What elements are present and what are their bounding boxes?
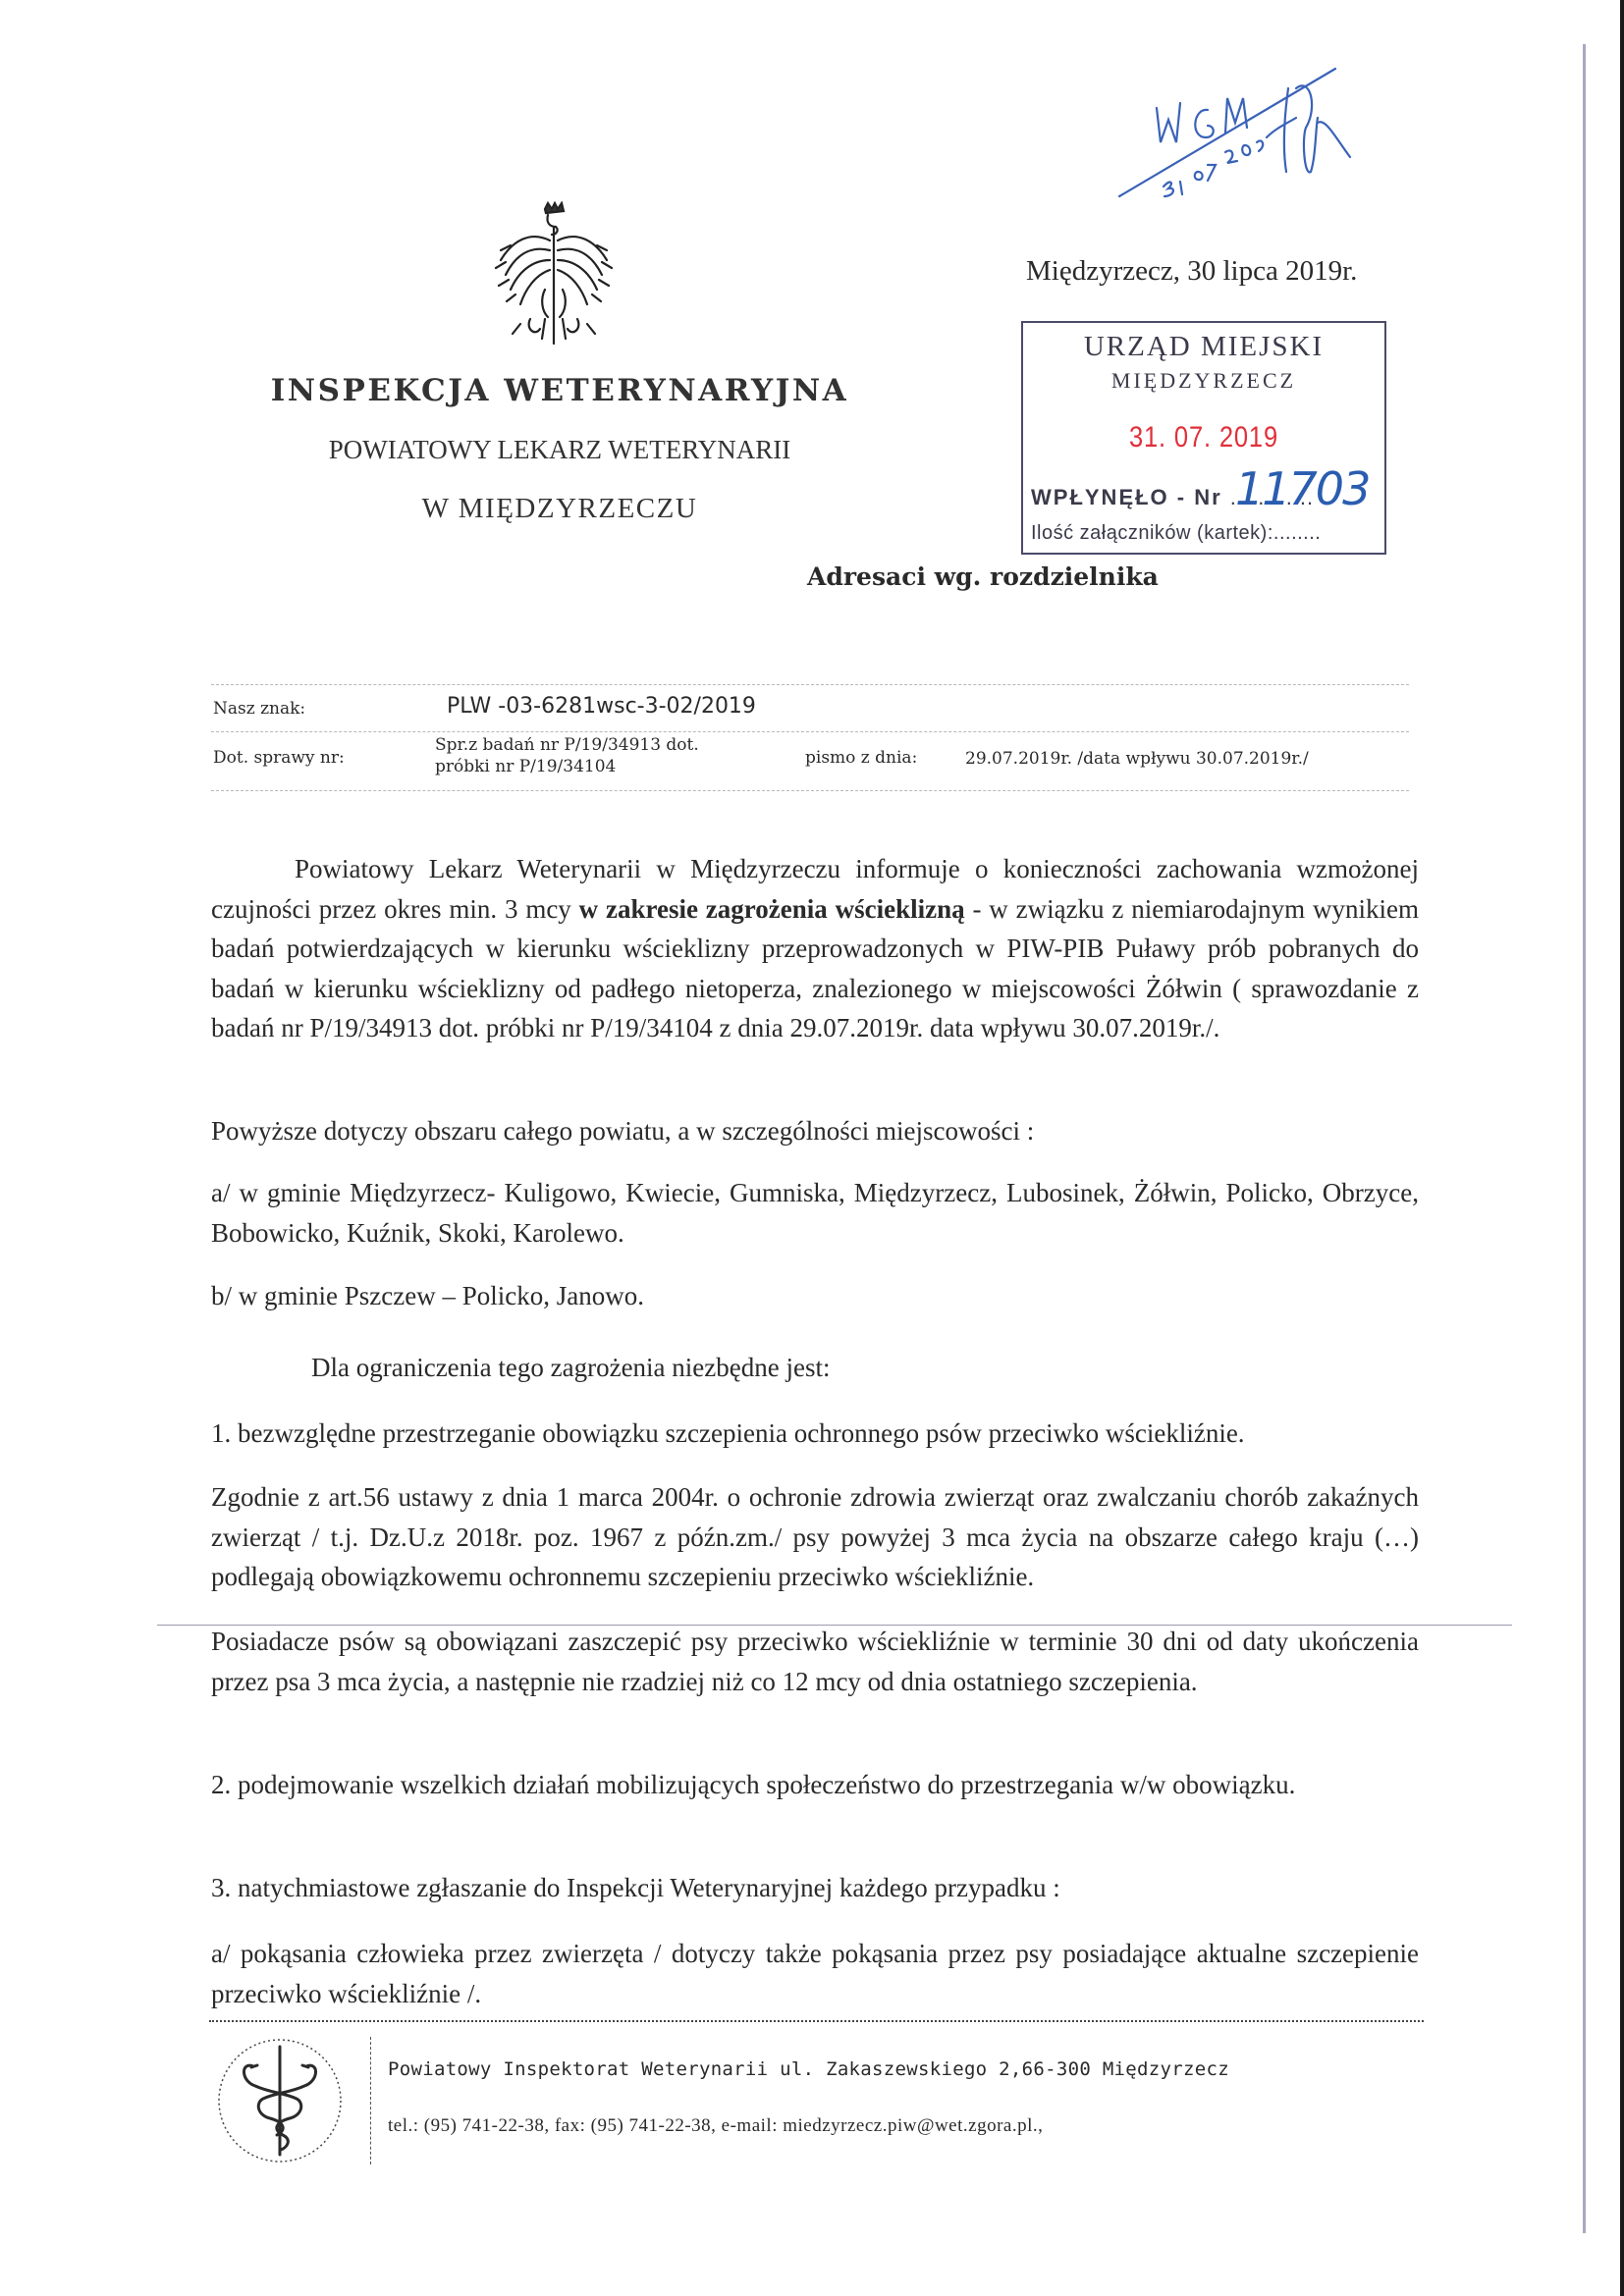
stamp-city: MIĘDZYRZECZ <box>1023 368 1384 394</box>
our-ref-label: Nasz znak: <box>213 699 305 719</box>
meta-divider <box>211 790 1409 791</box>
organization-subtitle: POWIATOWY LEKARZ WETERYNARII <box>206 435 913 465</box>
body-requirement-1: 1. bezwzględne przestrzeganie obowiązku … <box>211 1414 1419 1454</box>
organization-location: W MIĘDZYRZECZU <box>206 493 913 525</box>
body-paragraph-requirements: Dla ograniczenia tego zagrożenia niezbęd… <box>211 1348 1419 1388</box>
handwritten-annotation-icon <box>1110 49 1404 216</box>
footer-divider-line <box>209 2020 1424 2022</box>
emphasis-rabies-threat: w zakresie zagrożenia wścieklizną <box>579 894 965 924</box>
addressee: Adresaci wg. rozdzielnika <box>807 562 1159 591</box>
meta-divider <box>211 731 1409 732</box>
body-paragraph-owners-duty: Posiadacze psów są obowiązani zaszczepić… <box>211 1622 1419 1701</box>
case-number-value: Spr.z badań nr P/19/34913 dot. próbki nr… <box>435 734 699 777</box>
body-requirement-3a: a/ pokąsania człowieka przez zwierzęta /… <box>211 1934 1419 2013</box>
letter-date-value: 29.07.2019r. /data wpływu 30.07.2019r./ <box>965 748 1309 770</box>
footer-address: Powiatowy Inspektorat Weterynarii ul. Za… <box>388 2058 1229 2080</box>
body-requirement-2: 2. podejmowanie wszelkich działań mobili… <box>211 1765 1419 1805</box>
scan-border <box>1620 0 1624 2296</box>
stamp-office-name: URZĄD MIEJSKI <box>1023 331 1384 363</box>
body-list-item-a: a/ w gminie Międzyrzecz- Kuligowo, Kwiec… <box>211 1173 1419 1253</box>
caduceus-logo-icon <box>206 2032 353 2169</box>
case-number-label: Dot. sprawy nr: <box>213 748 345 768</box>
place-and-date: Międzyrzecz, 30 lipca 2019r. <box>1026 255 1357 288</box>
stamp-received-date: 31. 07. 2019 <box>1051 421 1358 454</box>
body-list-item-b: b/ w gminie Pszczew – Policko, Janowo. <box>211 1276 1419 1316</box>
our-ref-value: PLW -03-6281wsc-3-02/2019 <box>447 694 756 719</box>
incoming-registry-stamp: URZĄD MIEJSKI MIĘDZYRZECZ 31. 07. 2019 W… <box>1021 321 1386 555</box>
body-paragraph-area: Powyższe dotyczy obszaru całego powiatu,… <box>211 1111 1419 1151</box>
organization-title: INSPEKCJA WETERYNARYJNA <box>206 373 913 408</box>
body-requirement-3: 3. natychmiastowe zgłaszanie do Inspekcj… <box>211 1868 1419 1908</box>
meta-divider <box>211 684 1409 685</box>
letter-date-label: pismo z dnia: <box>805 748 917 768</box>
footer-vertical-divider <box>370 2037 371 2164</box>
body-paragraph-legal-basis: Zgodnie z art.56 ustawy z dnia 1 marca 2… <box>211 1477 1419 1597</box>
polish-eagle-emblem-icon <box>491 201 619 348</box>
footer-contact: tel.: (95) 741-22-38, fax: (95) 741-22-3… <box>388 2115 1043 2137</box>
scan-edge-line <box>1583 44 1586 2233</box>
stamp-registry-number: 11703 <box>1235 462 1369 515</box>
stamp-attachments-count: Ilość załączników (kartek):........ <box>1031 522 1321 545</box>
body-paragraph-intro: Powiatowy Lekarz Weterynarii w Międzyrze… <box>211 849 1419 1048</box>
